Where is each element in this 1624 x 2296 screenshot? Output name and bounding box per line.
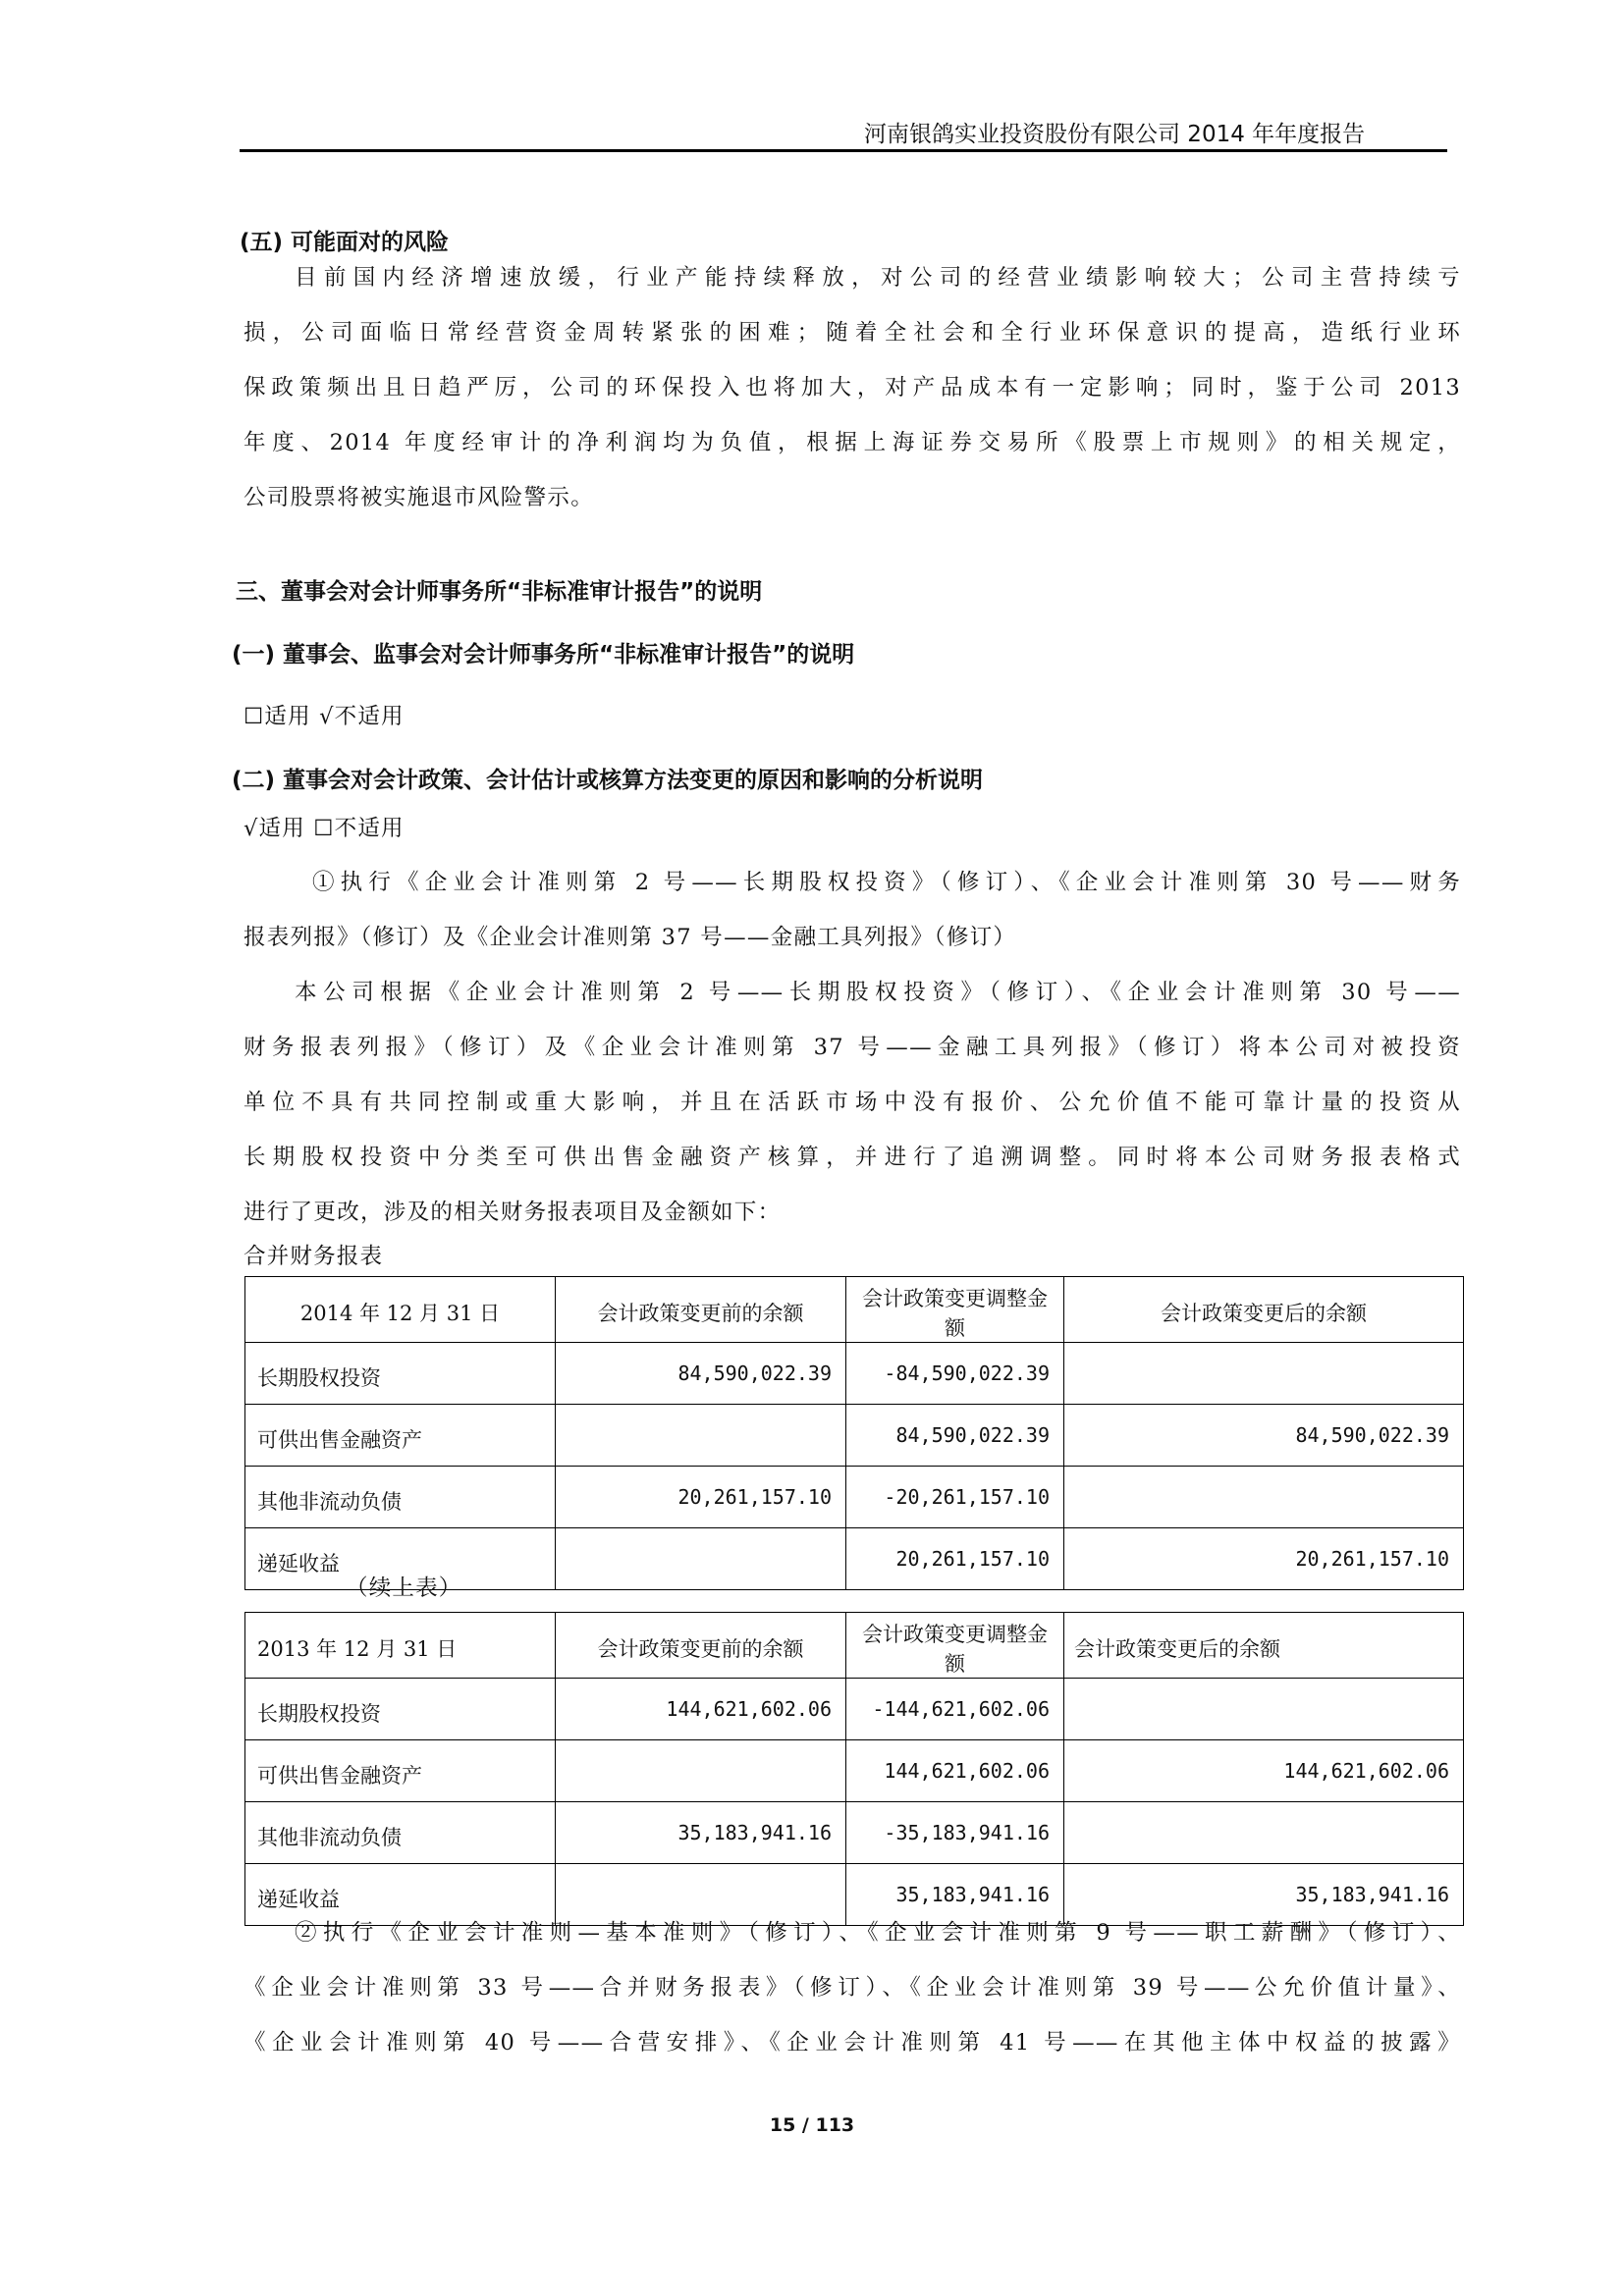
section-3-heading: 三、董事会对会计师事务所“非标准审计报告”的说明 bbox=[236, 573, 762, 606]
subsection-2-heading: (二) 董事会对会计政策、会计估计或核算方法变更的原因和影响的分析说明 bbox=[232, 762, 983, 794]
item-line: 报表列报》（修订）及《企业会计准则第 37 号——金融工具列报》（修订） bbox=[244, 910, 1461, 965]
table-row: 可供出售金融资产 84,590,022.39 84,590,022.39 bbox=[245, 1405, 1464, 1467]
subsection-2-applicability: √适用 ☐不适用 bbox=[244, 811, 405, 842]
cell-before: 35,183,941.16 bbox=[556, 1802, 846, 1864]
item-line: 《企业会计准则第 33 号——合并财务报表》（修订）、《企业会计准则第 39 号… bbox=[244, 1960, 1461, 2015]
cell-adjust: -84,590,022.39 bbox=[846, 1343, 1064, 1405]
report-header-title: 河南银鸽实业投资股份有限公司 2014 年年度报告 bbox=[864, 116, 1365, 148]
cell-after: 144,621,602.06 bbox=[1064, 1740, 1464, 1802]
cell-after: 20,261,157.10 bbox=[1064, 1528, 1464, 1590]
column-header: 会计政策变更调整金额 bbox=[846, 1613, 1064, 1679]
subsection-1-heading: (一) 董事会、监事会对会计师事务所“非标准审计报告”的说明 bbox=[232, 636, 854, 668]
column-header: 2014 年 12 月 31 日 bbox=[245, 1277, 556, 1343]
cell-before bbox=[556, 1528, 846, 1590]
row-label: 长期股权投资 bbox=[245, 1343, 556, 1405]
cell-before bbox=[556, 1405, 846, 1467]
cell-adjust: -35,183,941.16 bbox=[846, 1802, 1064, 1864]
table-row: 可供出售金融资产 144,621,602.06 144,621,602.06 bbox=[245, 1740, 1464, 1802]
cell-before bbox=[556, 1740, 846, 1802]
policy-change-paragraph: 本公司根据《企业会计准则第 2 号——长期股权投资》（修订）、《企业会计准则第 … bbox=[244, 965, 1461, 1240]
table-row: 长期股权投资 144,621,602.06 -144,621,602.06 bbox=[245, 1679, 1464, 1740]
column-header: 2013 年 12 月 31 日 bbox=[245, 1613, 556, 1679]
table-header-row: 2014 年 12 月 31 日 会计政策变更前的余额 会计政策变更调整金额 会… bbox=[245, 1277, 1464, 1343]
paragraph-line: 损，公司面临日常经营资金周转紧张的困难；随着全社会和全行业环保意识的提高，造纸行… bbox=[244, 305, 1461, 360]
paragraph-line: 长期股权投资中分类至可供出售金融资产核算，并进行了追溯调整。同时将本公司财务报表… bbox=[244, 1130, 1461, 1185]
table-header-row: 2013 年 12 月 31 日 会计政策变更前的余额 会计政策变更调整金额 会… bbox=[245, 1613, 1464, 1679]
cell-after bbox=[1064, 1343, 1464, 1405]
column-header: 会计政策变更调整金额 bbox=[846, 1277, 1064, 1343]
cell-before: 144,621,602.06 bbox=[556, 1679, 846, 1740]
column-header: 会计政策变更后的余额 bbox=[1064, 1277, 1464, 1343]
cell-after: 84,590,022.39 bbox=[1064, 1405, 1464, 1467]
continued-label: （续上表） bbox=[346, 1571, 462, 1602]
cell-adjust: -20,261,157.10 bbox=[846, 1467, 1064, 1528]
column-header: 会计政策变更后的余额 bbox=[1064, 1613, 1464, 1679]
header-rule bbox=[240, 149, 1447, 152]
financial-table-2014: 2014 年 12 月 31 日 会计政策变更前的余额 会计政策变更调整金额 会… bbox=[244, 1276, 1464, 1590]
paragraph-line: 本公司根据《企业会计准则第 2 号——长期股权投资》（修订）、《企业会计准则第 … bbox=[244, 965, 1461, 1020]
row-label: 长期股权投资 bbox=[245, 1679, 556, 1740]
row-label: 可供出售金融资产 bbox=[245, 1405, 556, 1467]
item-line: ②执行《企业会计准则—基本准则》（修订）、《企业会计准则第 9 号——职工薪酬》… bbox=[244, 1905, 1461, 1960]
paragraph-line: 单位不具有共同控制或重大影响，并且在活跃市场中没有报价、公允价值不能可靠计量的投… bbox=[244, 1075, 1461, 1130]
paragraph-line: 年度、2014 年度经审计的净利润均为负值，根据上海证券交易所《股票上市规则》的… bbox=[244, 415, 1461, 470]
table-row: 长期股权投资 84,590,022.39 -84,590,022.39 bbox=[245, 1343, 1464, 1405]
table-row: 其他非流动负债 20,261,157.10 -20,261,157.10 bbox=[245, 1467, 1464, 1528]
cell-adjust: 84,590,022.39 bbox=[846, 1405, 1064, 1467]
table-row: 其他非流动负债 35,183,941.16 -35,183,941.16 bbox=[245, 1802, 1464, 1864]
cell-after bbox=[1064, 1467, 1464, 1528]
page-number: 15 / 113 bbox=[0, 2114, 1624, 2136]
financial-table-2013: 2013 年 12 月 31 日 会计政策变更前的余额 会计政策变更调整金额 会… bbox=[244, 1612, 1464, 1926]
item-1-text: ①执行《企业会计准则第 2 号——长期股权投资》（修订）、《企业会计准则第 30… bbox=[244, 855, 1461, 965]
row-label: 其他非流动负债 bbox=[245, 1467, 556, 1528]
item-2-text: ②执行《企业会计准则—基本准则》（修订）、《企业会计准则第 9 号——职工薪酬》… bbox=[244, 1905, 1461, 2070]
subsection-1-applicability: ☐适用 √不适用 bbox=[244, 699, 405, 730]
paragraph-line: 进行了更改，涉及的相关财务报表项目及金额如下： bbox=[244, 1185, 1461, 1240]
paragraph-line: 财务报表列报》（修订）及《企业会计准则第 37 号——金融工具列报》（修订）将本… bbox=[244, 1020, 1461, 1075]
paragraph-line: 目前国内经济增速放缓，行业产能持续释放，对公司的经营业绩影响较大；公司主营持续亏 bbox=[244, 250, 1461, 305]
cell-adjust: 144,621,602.06 bbox=[846, 1740, 1064, 1802]
table-caption: 合并财务报表 bbox=[244, 1239, 383, 1270]
section-5-paragraph: 目前国内经济增速放缓，行业产能持续释放，对公司的经营业绩影响较大；公司主营持续亏… bbox=[244, 250, 1461, 525]
item-line: ①执行《企业会计准则第 2 号——长期股权投资》（修订）、《企业会计准则第 30… bbox=[244, 855, 1461, 910]
cell-after bbox=[1064, 1802, 1464, 1864]
row-label: 其他非流动负债 bbox=[245, 1802, 556, 1864]
column-header: 会计政策变更前的余额 bbox=[556, 1613, 846, 1679]
cell-adjust: 20,261,157.10 bbox=[846, 1528, 1064, 1590]
paragraph-line: 公司股票将被实施退市风险警示。 bbox=[244, 470, 1461, 525]
cell-before: 84,590,022.39 bbox=[556, 1343, 846, 1405]
paragraph-line: 保政策频出且日趋严厉，公司的环保投入也将加大，对产品成本有一定影响；同时，鉴于公… bbox=[244, 360, 1461, 415]
cell-before: 20,261,157.10 bbox=[556, 1467, 846, 1528]
item-line: 《企业会计准则第 40 号——合营安排》、《企业会计准则第 41 号——在其他主… bbox=[244, 2015, 1461, 2070]
cell-after bbox=[1064, 1679, 1464, 1740]
row-label: 可供出售金融资产 bbox=[245, 1740, 556, 1802]
cell-adjust: -144,621,602.06 bbox=[846, 1679, 1064, 1740]
column-header: 会计政策变更前的余额 bbox=[556, 1277, 846, 1343]
